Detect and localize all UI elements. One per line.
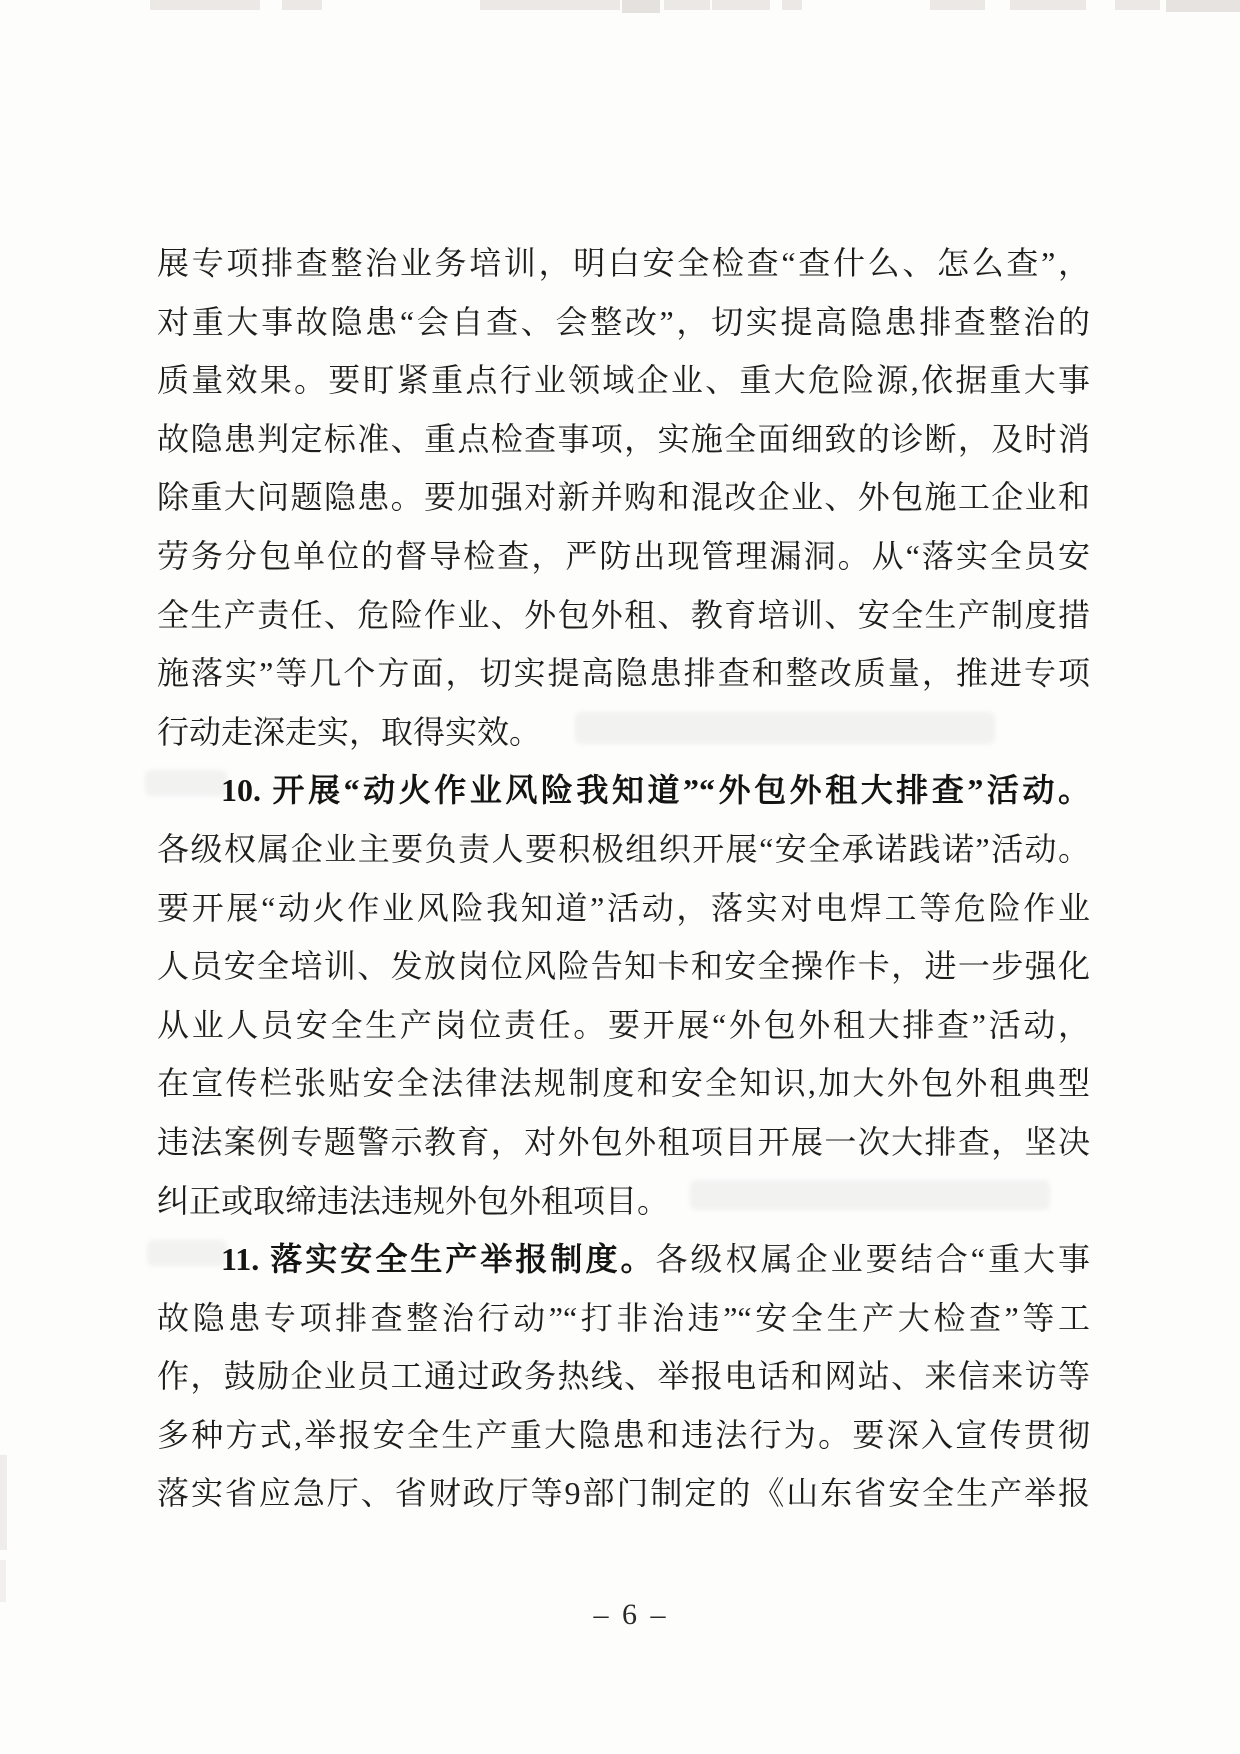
- scan-artifact: [1166, 0, 1240, 12]
- item-11-heading-rest: 各级权属企业要结合“重大事: [656, 1241, 1090, 1277]
- item-11-heading-line: 11. 落实安全生产举报制度。各级权属企业要结合“重大事: [157, 1230, 1090, 1289]
- body-line: 对重大事故隐患“会自查、会整改”，切实提高隐患排查整治的: [157, 293, 1090, 352]
- scan-artifact: [930, 0, 985, 10]
- scan-artifact: [150, 0, 260, 10]
- page-number: – 6 –: [0, 1598, 1240, 1632]
- body-line: 劳务分包单位的督导检查，严防出现管理漏洞。从“落实全员安: [157, 527, 1090, 586]
- scan-artifact: [282, 0, 322, 10]
- scan-artifact: [1115, 0, 1160, 10]
- body-line: 人员安全培训、发放岗位风险告知卡和安全操作卡，进一步强化: [157, 937, 1090, 996]
- document-page: 展专项排查整治业务培训，明白安全检查“查什么、怎么查”， 对重大事故隐患“会自查…: [0, 0, 1240, 1754]
- body-line: 多种方式,举报安全生产重大隐患和违法行为。要深入宣传贯彻: [157, 1406, 1090, 1465]
- body-line: 行动走深走实，取得实效。: [157, 703, 1090, 762]
- scan-artifact: [1010, 0, 1086, 10]
- document-body: 展专项排查整治业务培训，明白安全检查“查什么、怎么查”， 对重大事故隐患“会自查…: [157, 234, 1090, 1523]
- body-line: 展专项排查整治业务培训，明白安全检查“查什么、怎么查”，: [157, 234, 1090, 293]
- body-line: 作，鼓励企业员工通过政务热线、举报电话和网站、来信来访等: [157, 1347, 1090, 1406]
- scan-artifact-left-edge: [0, 1560, 6, 1602]
- scan-artifact: [782, 0, 802, 10]
- item-10-heading: 10. 开展“动火作业风险我知道”“外包外租大排查”活动。: [157, 761, 1090, 820]
- body-line: 除重大问题隐患。要加强对新并购和混改企业、外包施工企业和: [157, 468, 1090, 527]
- body-line: 全生产责任、危险作业、外包外租、教育培训、安全生产制度措: [157, 586, 1090, 645]
- scan-artifact: [566, 0, 620, 10]
- scan-artifact: [480, 0, 566, 10]
- scan-artifact-left-edge: [0, 1455, 7, 1550]
- body-line: 纠正或取缔违法违规外包外租项目。: [157, 1172, 1090, 1231]
- body-line: 要开展“动火作业风险我知道”活动，落实对电焊工等危险作业: [157, 879, 1090, 938]
- scan-artifact: [664, 0, 710, 10]
- body-line: 故隐患专项排查整治行动”“打非治违”“安全生产大检查”等工: [157, 1289, 1090, 1348]
- scan-artifact: [622, 0, 660, 13]
- scan-artifact: [712, 0, 770, 10]
- body-line: 落实省应急厅、省财政厅等9部门制定的《山东省安全生产举报: [157, 1464, 1090, 1523]
- body-line: 在宣传栏张贴安全法律法规制度和安全知识,加大外包外租典型: [157, 1054, 1090, 1113]
- body-line: 故隐患判定标准、重点检查事项，实施全面细致的诊断，及时消: [157, 410, 1090, 469]
- item-11-heading: 11. 落实安全生产举报制度。: [221, 1241, 656, 1277]
- body-line: 各级权属企业主要负责人要积极组织开展“安全承诺践诺”活动。: [157, 820, 1090, 879]
- body-line: 施落实”等几个方面，切实提高隐患排查和整改质量，推进专项: [157, 644, 1090, 703]
- body-line: 违法案例专题警示教育，对外包外租项目开展一次大排查，坚决: [157, 1113, 1090, 1172]
- body-line: 质量效果。要盯紧重点行业领域企业、重大危险源,依据重大事: [157, 351, 1090, 410]
- body-line: 从业人员安全生产岗位责任。要开展“外包外租大排查”活动，: [157, 996, 1090, 1055]
